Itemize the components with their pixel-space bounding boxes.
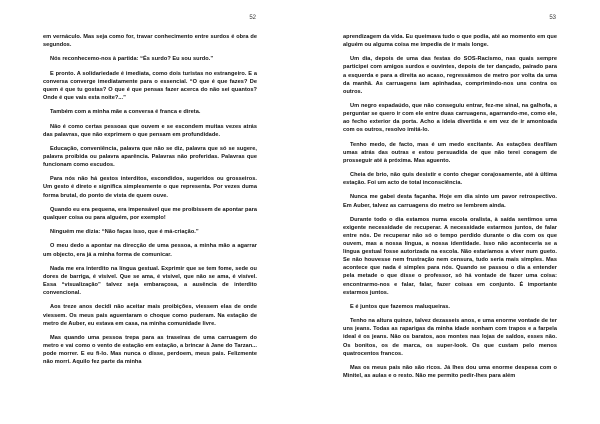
- paragraph: O meu dedo a apontar na direcção de uma …: [43, 242, 257, 258]
- paragraph: Um dia, depois de uma das festas do SOS-…: [343, 55, 557, 95]
- paragraph: Quando eu era pequena, era impensável qu…: [43, 206, 257, 222]
- paragraph: Mas os meus pais não são ricos. Já lhes …: [343, 364, 557, 380]
- paragraph: Mas quando uma pessoa trepa para as tras…: [43, 334, 257, 366]
- paragraph: E pronto. A solidariedade é imediata, co…: [43, 70, 257, 102]
- paragraph: Nunca me gabei desta façanha. Hoje em di…: [343, 193, 557, 209]
- paragraph: Cheia de brio, não quis desistir e conto…: [343, 171, 557, 187]
- paragraph: Aos treze anos decidi não aceitar mais p…: [43, 303, 257, 327]
- paragraph: Nada me era interdito na língua gestual.…: [43, 265, 257, 297]
- paragraph: Para nós não há gestos interditos, escon…: [43, 175, 257, 199]
- paragraph: Não é como certas pessoas que ouvem e se…: [43, 123, 257, 139]
- page-body: aprendizagem da vida. Eu queimava tudo o…: [343, 33, 557, 386]
- paragraph: aprendizagem da vida. Eu queimava tudo o…: [343, 33, 557, 49]
- page-number: 53: [549, 15, 556, 21]
- paragraph: Nós reconhecemo-nos à partida: “És surdo…: [43, 55, 257, 63]
- paragraph: Tenho na altura quinze, talvez dezasseis…: [343, 317, 557, 357]
- left-page: 52 em vernáculo. Mas seja como for, trav…: [0, 0, 300, 424]
- page-number: 52: [249, 15, 256, 21]
- page-body: em vernáculo. Mas seja como for, travar …: [43, 33, 257, 372]
- paragraph: Também com a minha mãe a conversa é fran…: [43, 108, 257, 116]
- paragraph: Um negro espadaúdo, que não conseguiu en…: [343, 102, 557, 134]
- paragraph: Durante todo o dia estamos numa escola o…: [343, 216, 557, 297]
- paragraph: Ninguém me dizia: “Não faças isso, que é…: [43, 228, 257, 236]
- paragraph: Educação, conveniência, palavra que não …: [43, 145, 257, 169]
- paragraph: E é juntos que fazemos maluqueiras.: [343, 303, 557, 311]
- right-page: 53 aprendizagem da vida. Eu queimava tud…: [300, 0, 600, 424]
- paragraph: Tenho medo, de facto, mas é um medo exci…: [343, 141, 557, 165]
- paragraph: em vernáculo. Mas seja como for, travar …: [43, 33, 257, 49]
